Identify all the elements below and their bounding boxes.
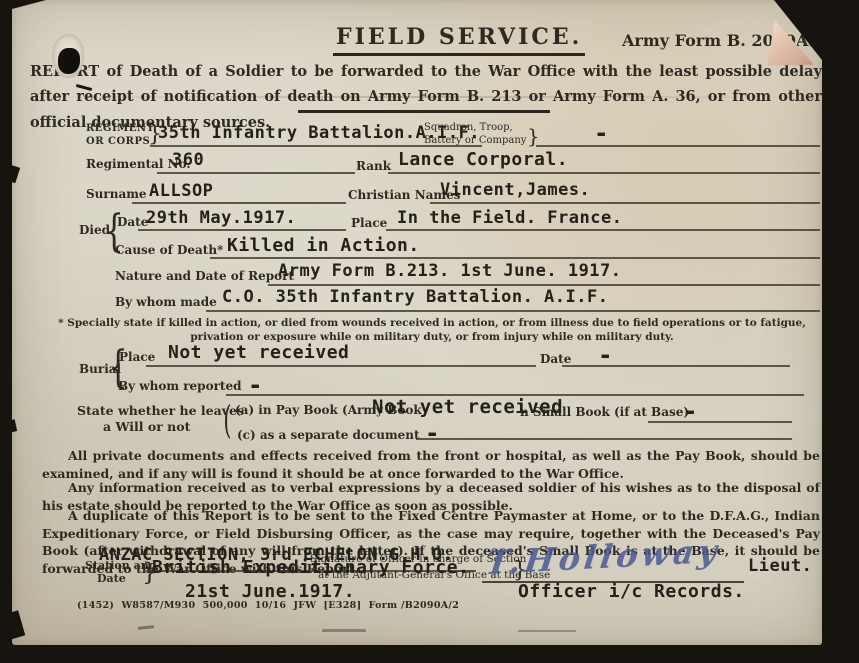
regiment-label: REGIMENT OR CORPS: [86, 123, 154, 148]
rank-value: Lance Corporal.: [398, 149, 568, 170]
fill-line: [146, 365, 536, 367]
smudge-mark: [322, 629, 366, 632]
station-value: British Expeditionary Force.: [152, 557, 469, 578]
fill-line: [536, 145, 820, 147]
by-whom-made-value: C.O. 35th Infantry Battalion. A.I.F.: [222, 287, 608, 307]
by-whom-reported-value: -: [248, 380, 263, 390]
surname-label: Surname: [86, 187, 147, 201]
will-label-line2: a Will or not: [103, 419, 190, 434]
fill-line: [386, 229, 820, 231]
will-label-line1: State whether he leaves: [77, 403, 244, 418]
fill-line: [210, 257, 820, 259]
died-place-value: In the Field. France.: [397, 208, 622, 228]
burial-date-label: Date: [540, 352, 571, 366]
bracket: (: [223, 398, 231, 442]
smudge-mark: [518, 630, 576, 632]
report-label: Nature and Date of Report: [115, 269, 294, 283]
separate-document-value: -: [425, 428, 440, 438]
squadron-value: -: [594, 128, 609, 138]
regiment-value: 35th Infantry Battalion.A.I.F.: [158, 123, 480, 143]
pay-book-value: Not yet received: [372, 396, 563, 418]
divider-rule: [298, 110, 550, 113]
fill-line: [430, 202, 820, 204]
cause-of-death-label: Cause of Death*: [115, 243, 223, 257]
fill-line: [648, 421, 792, 423]
signature-role: Officer i/c Records.: [518, 581, 745, 602]
fill-line: [268, 284, 820, 286]
died-place-label: Place: [351, 216, 387, 230]
form-title: FIELD SERVICE.: [333, 24, 585, 56]
signature-rank: Lieut.: [748, 556, 812, 576]
by-whom-reported-label: By whom reported: [118, 379, 241, 393]
by-whom-made-label: By whom made: [115, 295, 217, 309]
cause-of-death-value: Killed in Action.: [227, 235, 420, 256]
fill-line: [562, 365, 790, 367]
fill-line: [206, 310, 820, 312]
fill-line: [132, 202, 346, 204]
died-date-label: Date: [117, 215, 148, 229]
died-date-value: 29th May.1917.: [146, 208, 296, 228]
paragraph-private-documents: All private documents and effects receiv…: [42, 447, 820, 482]
fill-line: [416, 438, 792, 440]
surname-value: ALLSOP: [149, 181, 213, 201]
burial-date-value: -: [598, 350, 613, 360]
separate-document-label: (c) as a separate document: [237, 428, 420, 442]
small-book-value: -: [683, 406, 698, 416]
fill-line: [157, 172, 355, 174]
christian-names-value: Vincent,James.: [440, 180, 590, 200]
date-value: 21st June.1917.: [185, 581, 355, 602]
scanned-document: FIELD SERVICE. Army Form B. 2090A. REPOR…: [0, 0, 859, 663]
hole-punch: [58, 48, 80, 74]
fill-line: [138, 229, 346, 231]
footnote-text: * Specially state if killed in action, o…: [48, 316, 816, 344]
regimental-no-value: 360: [172, 150, 204, 170]
burial-place-value: Not yet received: [168, 342, 349, 363]
report-value: Army Form B.213. 1st June. 1917.: [278, 261, 622, 281]
rank-label: Rank: [356, 159, 391, 173]
fill-line: [388, 172, 820, 174]
burial-place-label: Place: [119, 350, 155, 364]
